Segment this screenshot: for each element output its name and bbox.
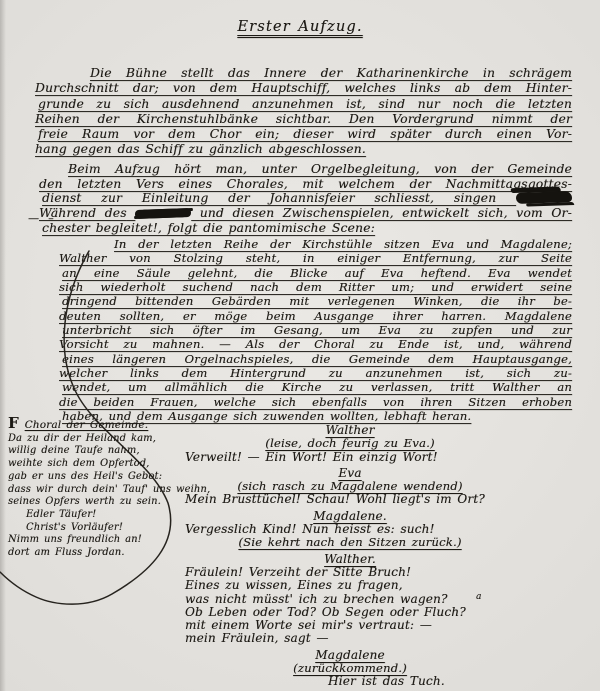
stage-direction-line: den letzten Vers eines Chorales, mit wel… — [39, 177, 572, 192]
act-title: Erster Aufzug. — [237, 19, 362, 35]
stage-direction-line: Vorsicht zu mahnen. — Als der Choral zu … — [59, 337, 572, 351]
stage-direction-paragraph-2: Beim Aufzug hört man, unter Orgelbegleit… — [42, 162, 572, 236]
footnote-letter-a: a — [476, 592, 482, 602]
margin-mark-f: F — [8, 414, 19, 432]
stage-direction-line: an eine Säule gelehnt, die Blicke auf Ev… — [62, 266, 572, 280]
stage-direction-paragraph-1: Die Bühne stellt das Innere der Katharin… — [38, 66, 572, 158]
dialogue-line: Hier ist das Tuch. — [328, 675, 550, 688]
stage-direction-line: Walther von Stolzing steht, in einiger E… — [59, 251, 572, 265]
stage-direction-line: deuten sollten, er möge beim Ausgange ih… — [59, 309, 572, 323]
stage-direction-line: hang gegen das Schiff zu gänzlich abgesc… — [35, 142, 572, 157]
stage-direction-line: dienst zur Einleitung der Johannisfeier … — [42, 191, 572, 206]
stage-direction-line: eines längeren Orgelnachspieles, die Gem… — [62, 352, 572, 366]
stage-direction-line: Durchschnitt dar; von dem Hauptschiff, w… — [35, 81, 572, 96]
dialogue-line: mit einem Worte sei mir's vertraut: — — [185, 619, 550, 632]
speaker-name: Walther. — [324, 552, 376, 566]
dialogue-line: Fräulein! Verzeiht der Sitte Bruch! — [185, 566, 550, 579]
stage-direction-line: dringend bittenden Gebärden mit verlegen… — [62, 294, 572, 308]
speaker-name: Eva — [338, 466, 361, 480]
dialogue-entry-walther-1: Walther (leise, doch feurig zu Eva.) Ver… — [150, 424, 550, 464]
stage-direction-line: die beiden Frauen, welche sich ebenfalls… — [59, 395, 572, 409]
stage-direction-fragment: dienst zur Einleitung der Johannisfeier … — [42, 191, 496, 205]
dialogue-entry-magdalene-2: Magdalene (zurückkommend.) Hier ist das … — [150, 649, 550, 689]
stage-cue: (leise, doch feurig zu Eva.) — [265, 436, 434, 450]
stage-cue: (zurückkommend.) — [293, 661, 407, 675]
stage-direction-line: grunde zu sich ausdehnend anzunehmen ist… — [38, 97, 572, 112]
stage-direction-fragment: und diesen Zwischenspielen, entwickelt s… — [200, 206, 572, 220]
stage-direction-paragraph-3: In der letzten Reihe der Kirchstühle sit… — [62, 237, 572, 423]
speaker-name: Walther — [325, 423, 374, 437]
dialogue-line: Vergesslich Kind! Nun heisst es: such! — [185, 523, 550, 536]
stage-direction-line: In der letzten Reihe der Kirchstühle sit… — [62, 237, 572, 251]
stage-direction-line: Beim Aufzug hört man, unter Orgelbegleit… — [42, 162, 572, 177]
dialogue-entry-magdalene-1: Magdalene. Vergesslich Kind! Nun heisst … — [150, 510, 550, 550]
stage-direction-line: Während des und diesen Zwischenspielen, … — [39, 206, 572, 221]
dialogue-line: mein Fräulein, sagt — — [185, 632, 550, 645]
dialogue-line: Mein Brusttüchel! Schau! Wohl liegt's im… — [185, 493, 550, 506]
dialogue-line: Ob Leben oder Tod? Ob Segen oder Fluch? — [185, 606, 550, 619]
dialogue-column: Walther (leise, doch feurig zu Eva.) Ver… — [150, 421, 550, 689]
dialogue-line: Eines zu wissen, Eines zu fragen, — [185, 579, 550, 592]
dialogue-entry-walther-2: Walther. Fräulein! Verzeiht der Sitte Br… — [150, 553, 550, 646]
stage-cue: (Sie kehrt nach den Sitzen zurück.) — [238, 535, 461, 549]
manuscript-page: Erster Aufzug. Die Bühne stellt das Inne… — [0, 0, 600, 691]
stage-direction-line: Die Bühne stellt das Innere der Katharin… — [38, 66, 572, 81]
margin-dash-mark: — – — [28, 212, 56, 225]
dialogue-entry-eva: Eva (sich rasch zu Magdalene wendend) Me… — [150, 467, 550, 507]
stage-direction-line: unterbricht sich öfter im Gesang, um Eva… — [62, 323, 572, 337]
dialogue-line: Verweilt! — Ein Wort! Ein einzig Wort! — [185, 451, 550, 464]
dialogue-line: was nicht müsst' ich zu brechen wagen? — [185, 593, 550, 606]
speaker-name: Magdalene — [315, 648, 385, 662]
title-row: Erster Aufzug. — [0, 16, 600, 35]
ink-blot — [516, 191, 572, 204]
stage-cue: (sich rasch zu Magdalene wendend) — [237, 479, 462, 493]
stage-direction-line: welcher links dem Hintergrund zu anzuneh… — [59, 366, 572, 380]
stage-direction-line: chester begleitet!, folgt die pantomimis… — [42, 221, 572, 236]
stage-direction-line: Reihen der Kirchenstuhlbänke sichtbar. D… — [35, 112, 572, 127]
chorale-heading: Choral der Gemeinde. — [25, 419, 149, 431]
stage-direction-line: freie Raum vor dem Chor ein; dieser wird… — [38, 127, 572, 142]
strikeout-scribble — [135, 208, 191, 219]
stage-direction-line: sich wiederholt suchend nach dem Ritter … — [59, 280, 572, 294]
stage-direction-line: wendet, um allmählich die Kirche zu verl… — [62, 380, 572, 394]
speaker-name: Magdalene. — [313, 509, 387, 523]
